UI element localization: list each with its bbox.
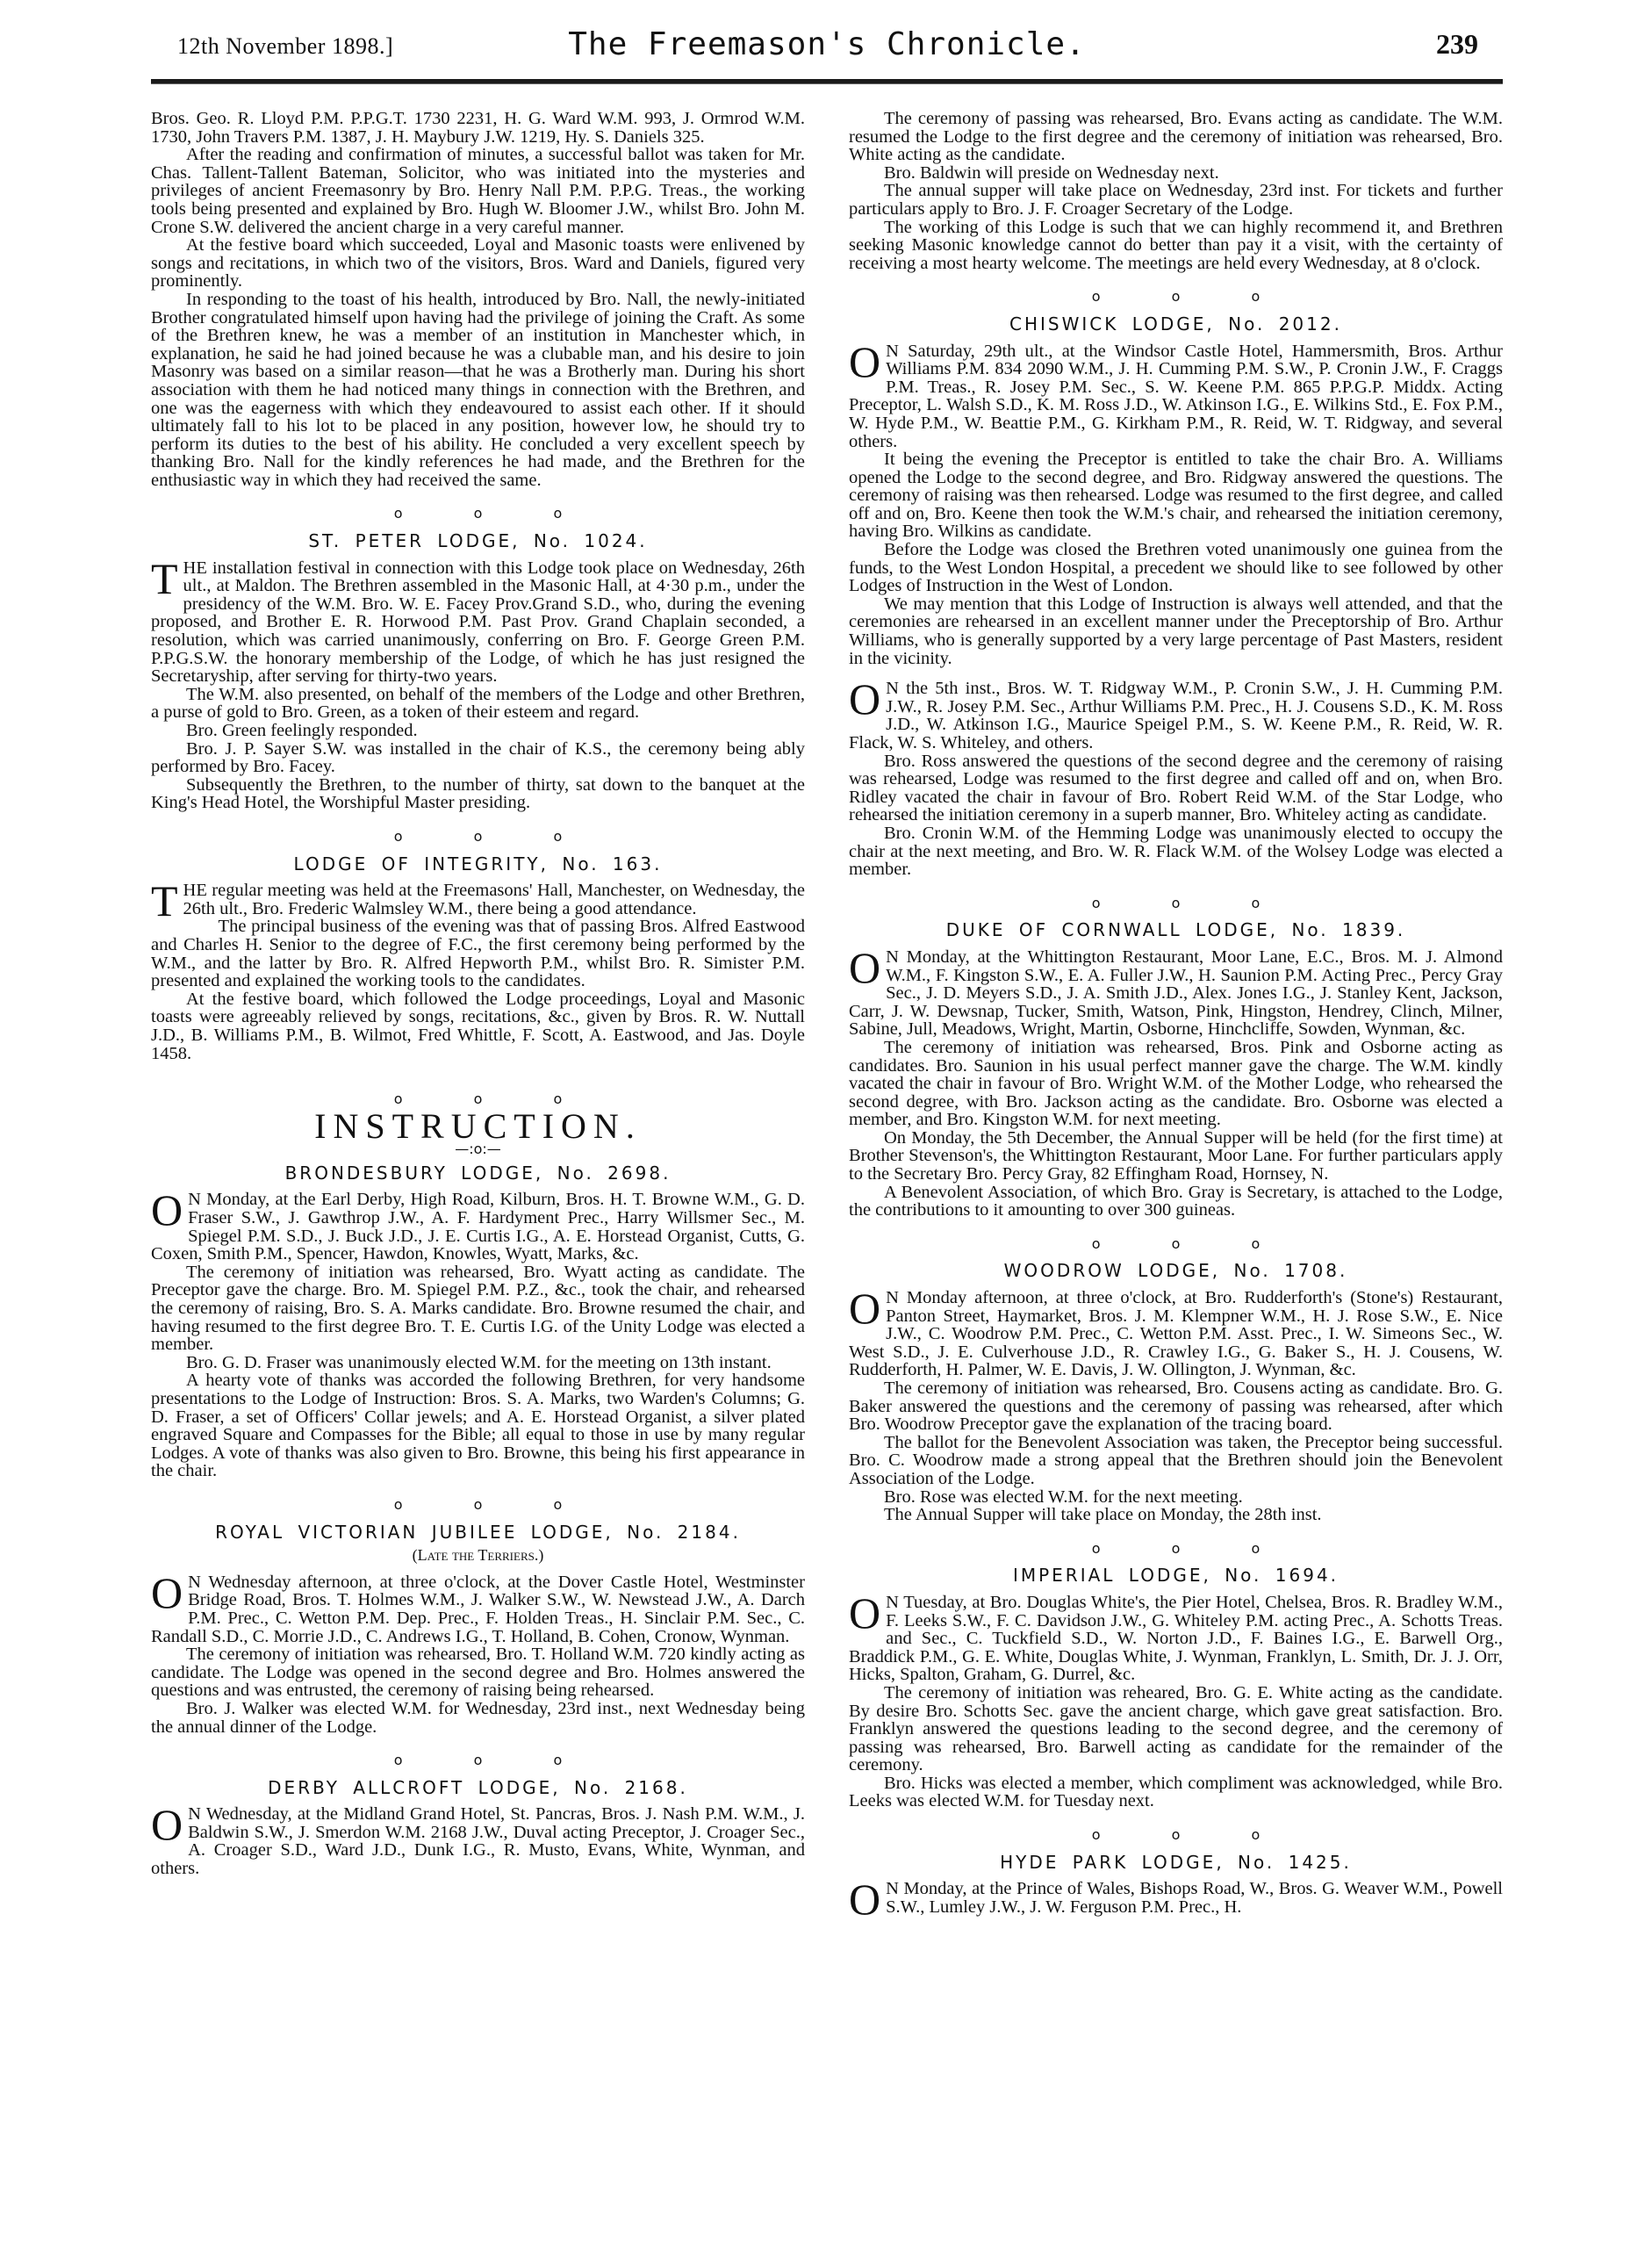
paragraph: Bro. J. Walker was elected W.M. for Wedn… [151,1700,805,1736]
section-separator: o o o [882,1235,1503,1254]
paragraph: Bro. Hicks was elected a member, which c… [849,1774,1503,1810]
paragraph: The principal business of the evening wa… [151,918,805,990]
paragraph: At the festive board which succeeded, Lo… [151,236,805,291]
right-column: The ceremony of passing was rehearsed, B… [849,110,1503,1917]
ornament: —:o:— [151,1141,805,1159]
lead-paragraph: THE regular meeting was held at the Free… [151,882,805,918]
paragraph: The ceremony of initiation was reheared,… [849,1684,1503,1774]
paragraph: The ceremony of initiation was rehearsed… [151,1645,805,1700]
section-heading: DERBY ALLCROFT LODGE, No. 2168. [151,1779,805,1797]
drop-cap: O [849,681,880,716]
section-separator: o o o [184,505,805,523]
section-heading: IMPERIAL LODGE, No. 1694. [849,1566,1503,1585]
paragraph: Bro. Green feelingly responded. [151,722,805,740]
paragraph: Before the Lodge was closed the Brethren… [849,541,1503,595]
section-heading: ROYAL VICTORIAN JUBILEE LODGE, No. 2184. [151,1523,805,1542]
page-number: 239 [1436,28,1478,61]
drop-cap: O [849,950,880,985]
paragraph: Bros. Geo. R. Lloyd P.M. P.P.G.T. 1730 2… [151,110,805,146]
paragraph: After the reading and confirmation of mi… [151,146,805,236]
left-column: Bros. Geo. R. Lloyd P.M. P.P.G.T. 1730 2… [151,110,805,1917]
newspaper-page: 12th November 1898.] The Freemason's Chr… [151,0,1503,97]
section-heading: WOODROW LODGE, No. 1708. [849,1262,1503,1280]
section-separator: o o o [882,1826,1503,1845]
paragraph: The ceremony of initiation was rehearsed… [849,1379,1503,1434]
section-separator: o o o [184,1496,805,1515]
drop-cap: O [151,1192,183,1227]
paragraph: We may mention that this Lodge of Instru… [849,595,1503,667]
section-heading: HYDE PARK LODGE, No. 1425. [849,1854,1503,1872]
drop-cap: O [151,1807,183,1842]
section-heading: BRONDESBURY LODGE, No. 2698. [151,1164,805,1183]
paragraph: It being the evening the Preceptor is en… [849,450,1503,541]
paragraph: The ceremony of passing was rehearsed, B… [849,110,1503,164]
paragraph: At the festive board, which followed the… [151,990,805,1062]
lead-paragraph: ON Monday, at the Prince of Wales, Bisho… [849,1880,1503,1916]
section-separator: o o o [184,1752,805,1770]
lead-paragraph: ON Monday, at the Earl Derby, High Road,… [151,1191,805,1263]
lead-paragraph: ON Monday afternoon, at three o'clock, a… [849,1289,1503,1379]
drop-cap: T [151,561,178,596]
paragraph: Bro. Rose was elected W.M. for the next … [849,1488,1503,1507]
masthead-rule [151,79,1503,84]
paragraph: A Benevolent Association, of which Bro. … [849,1184,1503,1220]
publication-title: The Freemason's Chronicle. [151,26,1503,62]
drop-cap: O [849,1291,880,1326]
paragraph: A hearty vote of thanks was accorded the… [151,1371,805,1480]
paragraph: The Annual Supper will take place on Mon… [849,1506,1503,1524]
paragraph: Bro. Baldwin will preside on Wednesday n… [849,164,1503,183]
drop-cap: O [151,1575,183,1610]
lead-paragraph: THE installation festival in connection … [151,559,805,686]
section-subheading: (Late the Terriers.) [151,1546,805,1565]
paragraph: Subsequently the Brethren, to the number… [151,776,805,812]
drop-cap: T [151,883,178,918]
paragraph: The W.M. also presented, on behalf of th… [151,686,805,722]
paragraph: Bro. Cronin W.M. of the Hemming Lodge wa… [849,824,1503,879]
paragraph: On Monday, the 5th December, the Annual … [849,1129,1503,1184]
drop-cap: O [849,1882,880,1917]
paragraph: The annual supper will take place on Wed… [849,182,1503,218]
instruction-heading: INSTRUCTION. [151,1118,805,1136]
lead-paragraph: ON the 5th inst., Bros. W. T. Ridgway W.… [849,680,1503,752]
paragraph: Bro. Ross answered the questions of the … [849,752,1503,824]
paragraph: In responding to the toast of his health… [151,291,805,490]
paragraph: The ceremony of initiation was rehearsed… [151,1263,805,1354]
lead-paragraph: ON Monday, at the Whittington Restaurant… [849,948,1503,1039]
section-heading: DUKE OF CORNWALL LODGE, No. 1839. [849,921,1503,939]
drop-cap: O [849,1595,880,1630]
section-heading: CHISWICK LODGE, No. 2012. [849,315,1503,334]
paragraph: The ballot for the Benevolent Associatio… [849,1434,1503,1488]
lead-paragraph: ON Saturday, 29th ult., at the Windsor C… [849,342,1503,451]
lead-paragraph: ON Wednesday, at the Midland Grand Hotel… [151,1805,805,1877]
lead-paragraph: ON Wednesday afternoon, at three o'clock… [151,1573,805,1645]
section-separator: o o o [882,1540,1503,1558]
masthead: 12th November 1898.] The Freemason's Chr… [151,0,1503,97]
section-separator: o o o [882,895,1503,913]
drop-cap: O [849,344,880,379]
paragraph: The ceremony of initiation was rehearsed… [849,1039,1503,1129]
section-heading: ST. PETER LODGE, No. 1024. [151,532,805,551]
paragraph: Bro. G. D. Fraser was unanimously electe… [151,1354,805,1372]
section-separator: o o o [882,288,1503,306]
paragraph: The working of this Lodge is such that w… [849,219,1503,273]
section-heading: LODGE OF INTEGRITY, No. 163. [151,855,805,874]
lead-paragraph: ON Tuesday, at Bro. Douglas White's, the… [849,1594,1503,1684]
paragraph: Bro. J. P. Sayer S.W. was installed in t… [151,740,805,776]
section-separator: o o o [184,828,805,846]
